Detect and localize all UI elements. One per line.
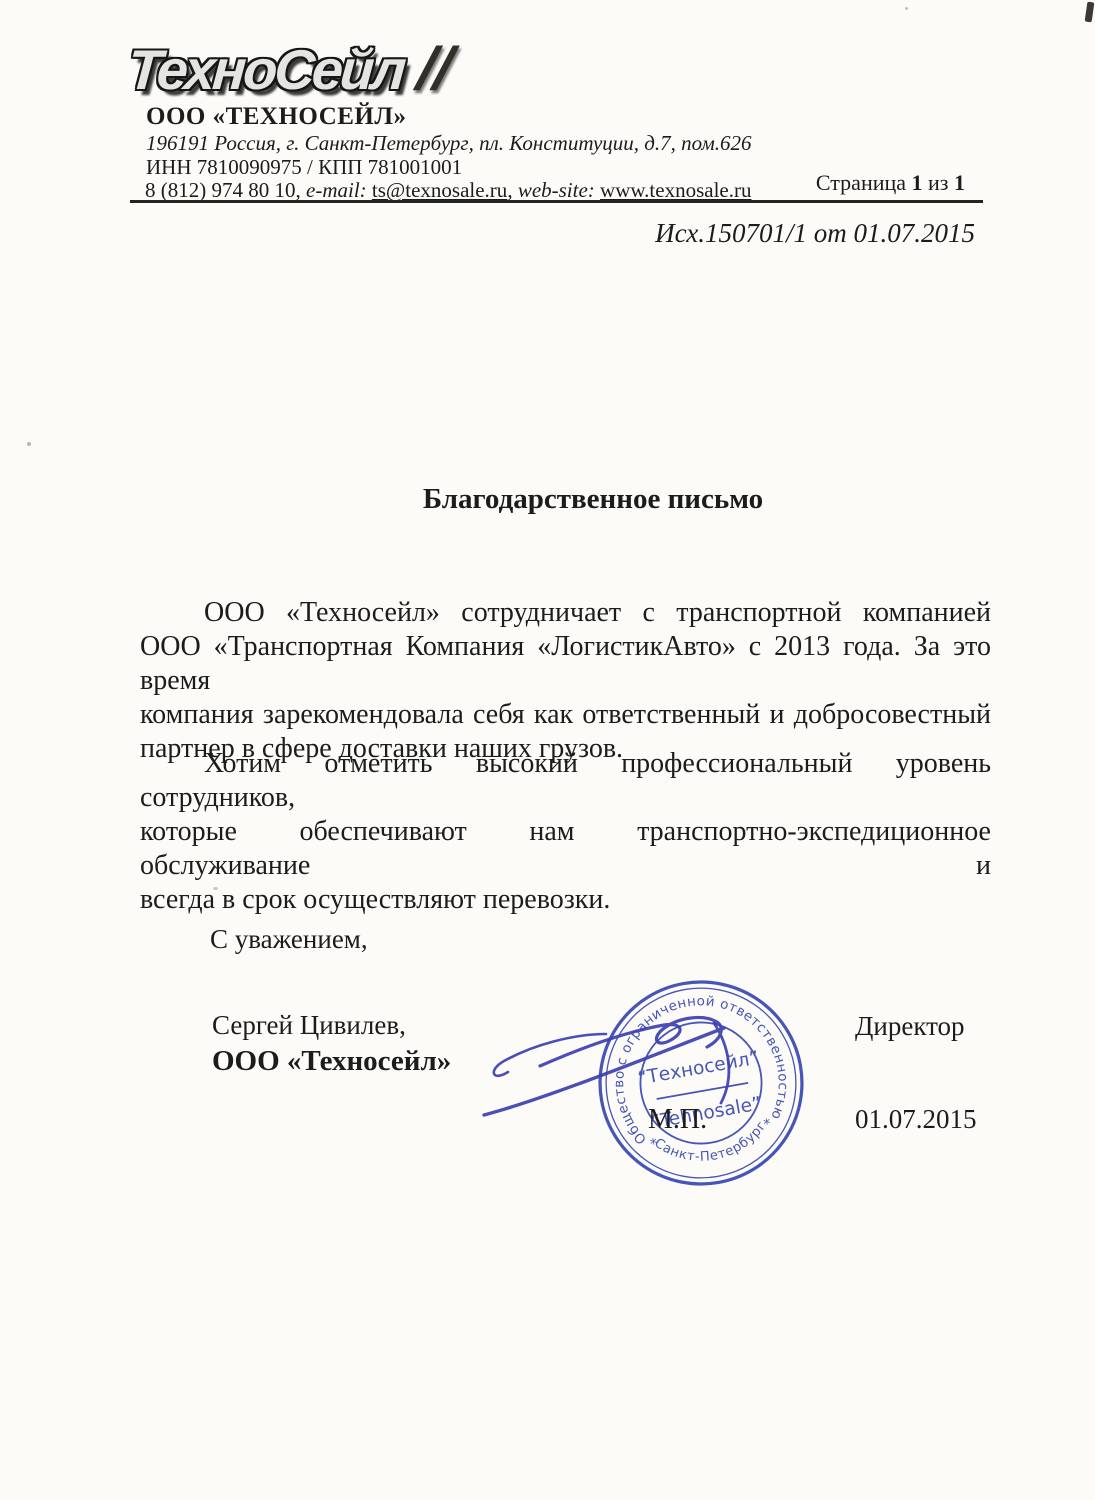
- company-address: 196191 Россия, г. Санкт-Петербург, пл. К…: [146, 131, 752, 156]
- closing-salutation: С уважением,: [210, 924, 368, 955]
- body-line: Хотим отметить высокий профессиональный …: [140, 747, 991, 815]
- scan-speck: [213, 887, 218, 890]
- page-total: 1: [954, 170, 965, 195]
- email-label: e-mail:: [306, 178, 367, 202]
- scan-speck: [27, 442, 31, 446]
- company-logo-slashes-icon: //: [413, 34, 456, 103]
- body-line: всегда в срок осуществляют перевозки.: [140, 883, 991, 917]
- body-line: которые обеспечивают нам транспортно-экс…: [140, 815, 991, 883]
- company-logo-text: ТехноСейл: [126, 37, 406, 102]
- signer-company: ООО «Техносейл»: [212, 1045, 451, 1078]
- scanned-letter-page: ТехноСейл // ООО «ТЕХНОСЕЙЛ» 196191 Росс…: [0, 0, 1095, 1500]
- outgoing-reference: Исх.150701/1 от 01.07.2015: [655, 218, 975, 249]
- website-label: web-site:: [518, 178, 595, 202]
- page-current: 1: [912, 170, 923, 195]
- signature-date: 01.07.2015: [855, 1104, 977, 1135]
- page-of-word: из: [928, 170, 948, 195]
- scan-speck: [905, 7, 908, 10]
- company-name: ООО «ТЕХНОСЕЙЛ»: [146, 103, 407, 131]
- email-address: ts@texnosale.ru: [372, 178, 507, 202]
- body-line: ООО «Транспортная Компания «ЛогистикАвто…: [140, 630, 991, 698]
- stamp-place-label: М.П.: [648, 1104, 707, 1136]
- body-line: компания зарекомендовала себя как ответс…: [140, 698, 991, 732]
- signer-position: Директор: [855, 1011, 965, 1042]
- handwritten-signature: [478, 1002, 750, 1124]
- contact-separator: ,: [507, 178, 512, 202]
- document-title: Благодарственное письмо: [140, 483, 991, 516]
- page-indicator-label: Страница: [816, 170, 906, 195]
- body-line: ООО «Техносейл» сотрудничает с транспорт…: [140, 596, 991, 630]
- website-address: www.texnosale.ru: [600, 178, 751, 202]
- stamp-star-left: *: [649, 1136, 659, 1153]
- body-paragraph-1: ООО «Техносейл» сотрудничает с транспорт…: [140, 596, 991, 766]
- company-logo: ТехноСейл //: [128, 34, 451, 103]
- page-indicator: Страница 1 из 1: [816, 170, 965, 196]
- scan-artifact: [1085, 2, 1095, 23]
- signer-name: Сергей Цивилев,: [212, 1010, 406, 1041]
- body-paragraph-2: Хотим отметить высокий профессиональный …: [140, 747, 991, 917]
- company-phone: 8 (812) 974 80 10,: [145, 178, 301, 202]
- stamp-star-right: *: [762, 1116, 772, 1133]
- signature-strokes: [478, 1002, 750, 1124]
- letterhead-divider: [130, 200, 983, 203]
- company-inn-kpp: ИНН 7810090975 / КПП 781001001: [146, 155, 462, 180]
